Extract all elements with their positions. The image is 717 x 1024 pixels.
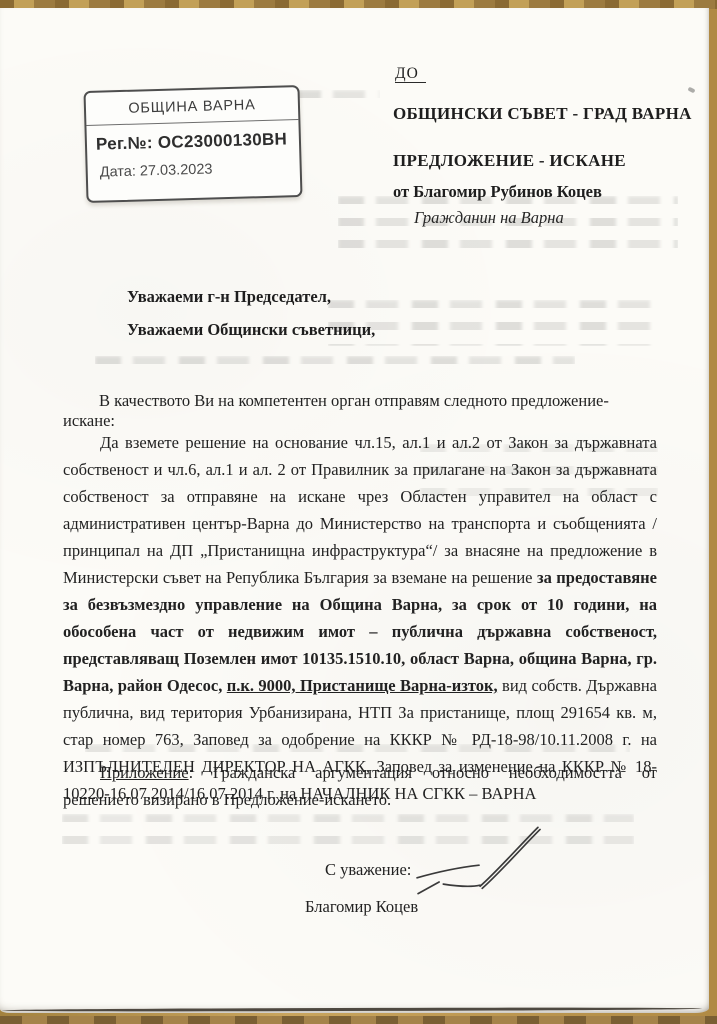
stamp-date-value: 27.03.2023 <box>140 161 213 179</box>
salutation-block: Уважаеми г-н Председател, Уважаеми Общин… <box>127 287 375 353</box>
registry-stamp: ОБЩИНА ВАРНА Рег.№: ОС23000130ВН Дата: 2… <box>83 85 302 203</box>
addressee-to: ДО <box>395 65 426 83</box>
intro-paragraph: В качеството Ви на компетентен орган отп… <box>63 391 657 431</box>
page-bottom-edge-shadow <box>2 1007 702 1012</box>
stamp-reg-label: Рег.№: <box>96 133 153 154</box>
to-label: ДО <box>395 65 426 83</box>
scan-background-bottom-edge <box>0 1016 717 1024</box>
stamp-registration-number: Рег.№: ОС23000130ВН <box>86 120 299 155</box>
bleedthrough-artifact <box>62 814 634 858</box>
signer-name: Благомир Коцев <box>305 897 418 917</box>
handwritten-signature <box>408 820 548 902</box>
scanned-document: ОБЩИНА ВАРНА Рег.№: ОС23000130ВН Дата: 2… <box>0 0 717 1024</box>
bleedthrough-artifact <box>95 356 575 372</box>
scan-speck <box>687 87 695 94</box>
stamp-organization: ОБЩИНА ВАРНА <box>86 87 299 118</box>
bleedthrough-artifact <box>328 300 660 346</box>
document-title: ПРЕДЛОЖЕНИЕ - ИСКАНЕ <box>393 151 626 171</box>
attachment-paragraph: Приложение: Гражданска аргументация отно… <box>63 759 657 813</box>
bleedthrough-artifact <box>295 90 380 104</box>
main-paragraph: Да вземете решение на основание чл.15, а… <box>63 429 657 807</box>
salutation-line: Уважаеми Общински съветници, <box>127 320 375 340</box>
stamp-reg-value: ОС23000130ВН <box>158 129 288 152</box>
author-role: Гражданин на Варна <box>414 208 564 228</box>
addressee-recipient: ОБЩИНСКИ СЪВЕТ - ГРАД ВАРНА <box>393 104 692 124</box>
stamp-date-label: Дата: <box>100 164 137 181</box>
document-page: ОБЩИНА ВАРНА Рег.№: ОС23000130ВН Дата: 2… <box>0 8 709 1013</box>
salutation-line: Уважаеми г-н Председател, <box>127 287 375 307</box>
author-line: от Благомир Рубинов Коцев <box>393 182 602 202</box>
closing-regards: С уважение: <box>325 860 411 880</box>
